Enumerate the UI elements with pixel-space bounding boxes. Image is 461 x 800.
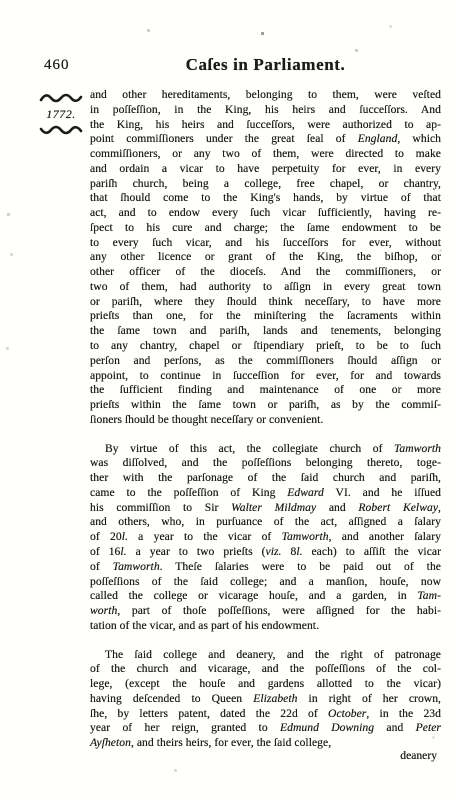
text-line: to every ſuch vicar, and his ſucceſſors …	[90, 236, 441, 251]
text-line: his commiſſion to Sir Walter Mildmay and…	[90, 501, 441, 516]
text-line: worth, part of thoſe poſſeſſions, were a…	[90, 604, 441, 619]
text-line: tation of the vicar, and as part of his …	[90, 619, 441, 634]
text-line: or pariſh, where they ſhould think neceſ…	[90, 295, 441, 310]
year-brace-top-icon	[38, 90, 84, 105]
text-line: of 16l. a year to two prieſts (viz. 8l. …	[90, 545, 441, 560]
text-line: that ſhould come to the King's hands, by…	[90, 191, 441, 206]
catchword: deanery	[90, 749, 437, 762]
text-line: and other hereditaments, belonging to th…	[90, 88, 441, 103]
book-page: 460 Caſes in Parliament. 1772. and other…	[0, 0, 461, 800]
text-line: prieſts within the ſame town or pariſh, …	[90, 398, 441, 413]
margin-note: 1772.	[33, 90, 89, 138]
text-line: ſhe, by letters patent, dated the 22d of…	[90, 707, 441, 722]
text-line: of the church and vicarage, and the poſſ…	[90, 662, 441, 677]
scan-noise	[0, 0, 1, 1]
text-line: act, and to endow every ſuch vicar ſuffi…	[90, 206, 441, 221]
text-line: of 20l. a year to the vicar of Tamworth,…	[90, 530, 441, 545]
page-header: 460 Caſes in Parliament.	[0, 55, 461, 79]
paragraph: By virtue of this act, the collegiate ch…	[90, 442, 441, 634]
text-line: and ordain a vicar to have perpetuity fo…	[90, 162, 441, 177]
text-line: point commiſſioners under the great ſeal…	[90, 132, 441, 147]
text-line: two of them, had authority to aſſign in …	[90, 280, 441, 295]
text-line: came to the poſſeſſion of King Edward VI…	[90, 486, 441, 501]
running-title: Caſes in Parliament.	[90, 55, 441, 75]
text-line: lege, (except the houſe and gardens allo…	[90, 677, 441, 692]
text-line: any other licence or grant of the King, …	[90, 250, 441, 265]
text-line: prieſts than one, for the miniſtering th…	[90, 309, 441, 324]
text-line: year of her reign, granted to Edmund Dow…	[90, 721, 441, 736]
text-line: ſpect to his cure and charge; the ſame e…	[90, 221, 441, 236]
text-line: By virtue of this act, the collegiate ch…	[90, 442, 441, 457]
text-line: The ſaid college and deanery, and the ri…	[90, 648, 441, 663]
body-text: and other hereditaments, belonging to th…	[90, 88, 441, 765]
text-line: having deſcended to Queen Elizabeth in r…	[90, 692, 441, 707]
text-line: the ſufficient finding and maintenance o…	[90, 383, 441, 398]
paragraph: The ſaid college and deanery, and the ri…	[90, 648, 441, 751]
year-brace-bottom-icon	[38, 123, 84, 138]
text-line: ther with the parſonage of the ſaid chur…	[90, 471, 441, 486]
text-line: the King, his heirs and ſucceſſors, were…	[90, 118, 441, 133]
text-line: and others, who, in purſuance of the act…	[90, 515, 441, 530]
text-line: was diſſolved, and the poſſeſſions belon…	[90, 456, 441, 471]
margin-year: 1772.	[33, 107, 89, 122]
text-line: ſioners ſhould be thought neceſſary or c…	[90, 413, 441, 428]
text-line: called the college or vicarage houſe, an…	[90, 589, 441, 604]
text-line: perſon and perſons, as the commiſſioners…	[90, 354, 441, 369]
paragraph: and other hereditaments, belonging to th…	[90, 88, 441, 428]
page-number: 460	[44, 57, 70, 74]
text-line: commiſſioners, or any two of them, were …	[90, 147, 441, 162]
text-line: the ſame town and pariſh, lands and tene…	[90, 324, 441, 339]
text-line: to any chantry, chapel or ſtipendiary pr…	[90, 339, 441, 354]
text-line: other officer of the dioceſs. And the co…	[90, 265, 441, 280]
text-line: in poſſeſſion, in the King, his heirs an…	[90, 103, 441, 118]
text-line: of Tamworth. Theſe ſalaries were to be p…	[90, 560, 441, 575]
text-line: appoint, to continue in ſucceſſion for e…	[90, 369, 441, 384]
text-line: poſſeſſions of the ſaid college; and a m…	[90, 575, 441, 590]
text-line: pariſh church, being a college, free cha…	[90, 177, 441, 192]
